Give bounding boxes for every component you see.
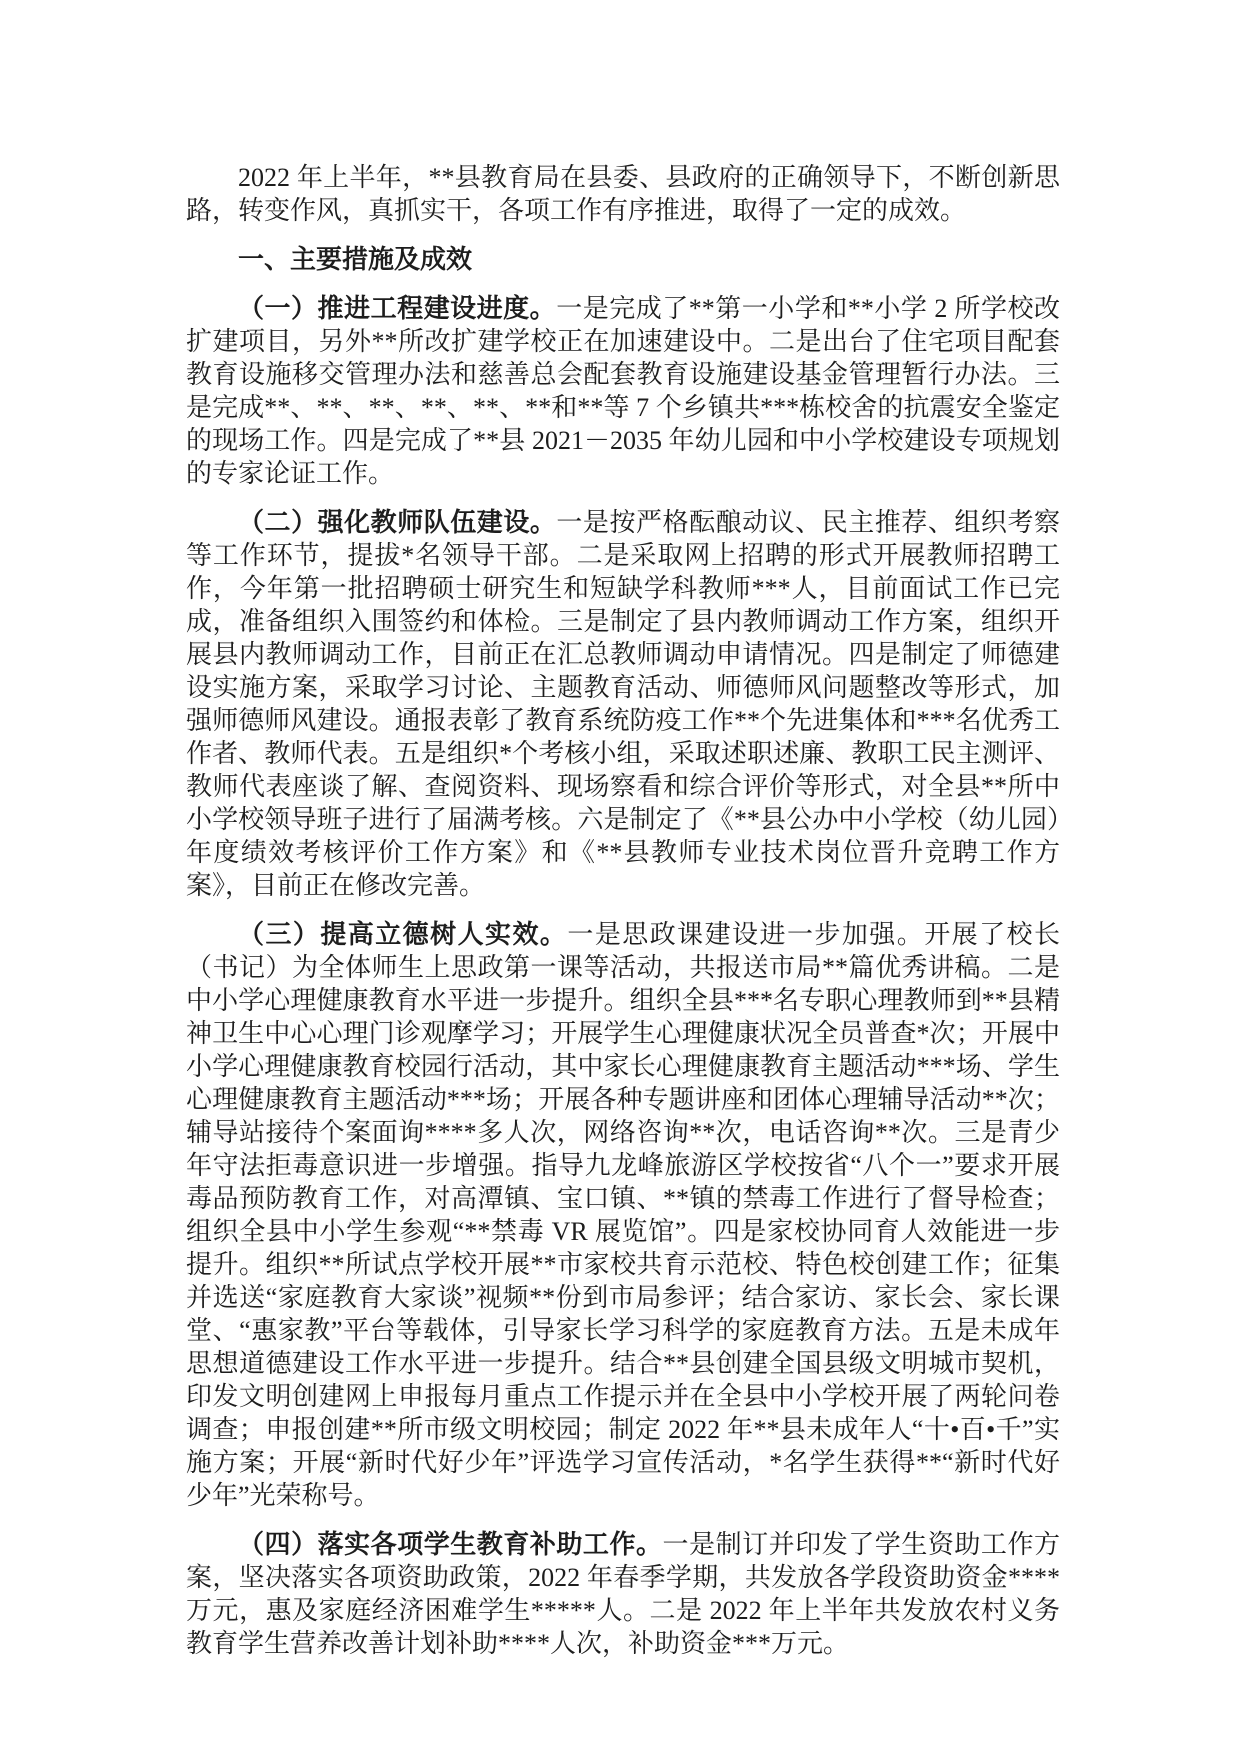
item-body: 一是按严格酝酿动议、民主推荐、组织考察等工作环节，提拔*名领导干部。二是采取网上… bbox=[186, 508, 1060, 900]
report-item-3: （三）提高立德树人实效。一是思政课建设进一步加强。开展了校长（书记）为全体师生上… bbox=[186, 918, 1060, 1512]
item-body: 一是完成了**第一小学和**小学 2 所学校改扩建项目，另外**所改扩建学校正在… bbox=[186, 294, 1060, 488]
document-body: 2022 年上半年，**县教育局在县委、县政府的正确领导下，不断创新思路，转变作… bbox=[0, 0, 1240, 1660]
document-page: 2022 年上半年，**县教育局在县委、县政府的正确领导下，不断创新思路，转变作… bbox=[0, 0, 1240, 1754]
report-item-2: （二）强化教师队伍建设。一是按严格酝酿动议、民主推荐、组织考察等工作环节，提拔*… bbox=[186, 506, 1060, 902]
item-lead: （一）推进工程建设进度。 bbox=[238, 294, 556, 323]
report-item-1: （一）推进工程建设进度。一是完成了**第一小学和**小学 2 所学校改扩建项目，… bbox=[186, 292, 1060, 490]
item-lead: （四）落实各项学生教育补助工作。 bbox=[238, 1530, 663, 1559]
item-lead: （二）强化教师队伍建设。 bbox=[238, 508, 556, 537]
report-item-4: （四）落实各项学生教育补助工作。一是制订并印发了学生资助工作方案，坚决落实各项资… bbox=[186, 1528, 1060, 1660]
section-heading: 一、主要措施及成效 bbox=[186, 243, 1060, 276]
item-lead: （三）提高立德树人实效。 bbox=[238, 920, 567, 949]
item-body: 一是思政课建设进一步加强。开展了校长（书记）为全体师生上思政第一课等活动，共报送… bbox=[186, 920, 1060, 1510]
intro-paragraph: 2022 年上半年，**县教育局在县委、县政府的正确领导下，不断创新思路，转变作… bbox=[186, 161, 1060, 227]
